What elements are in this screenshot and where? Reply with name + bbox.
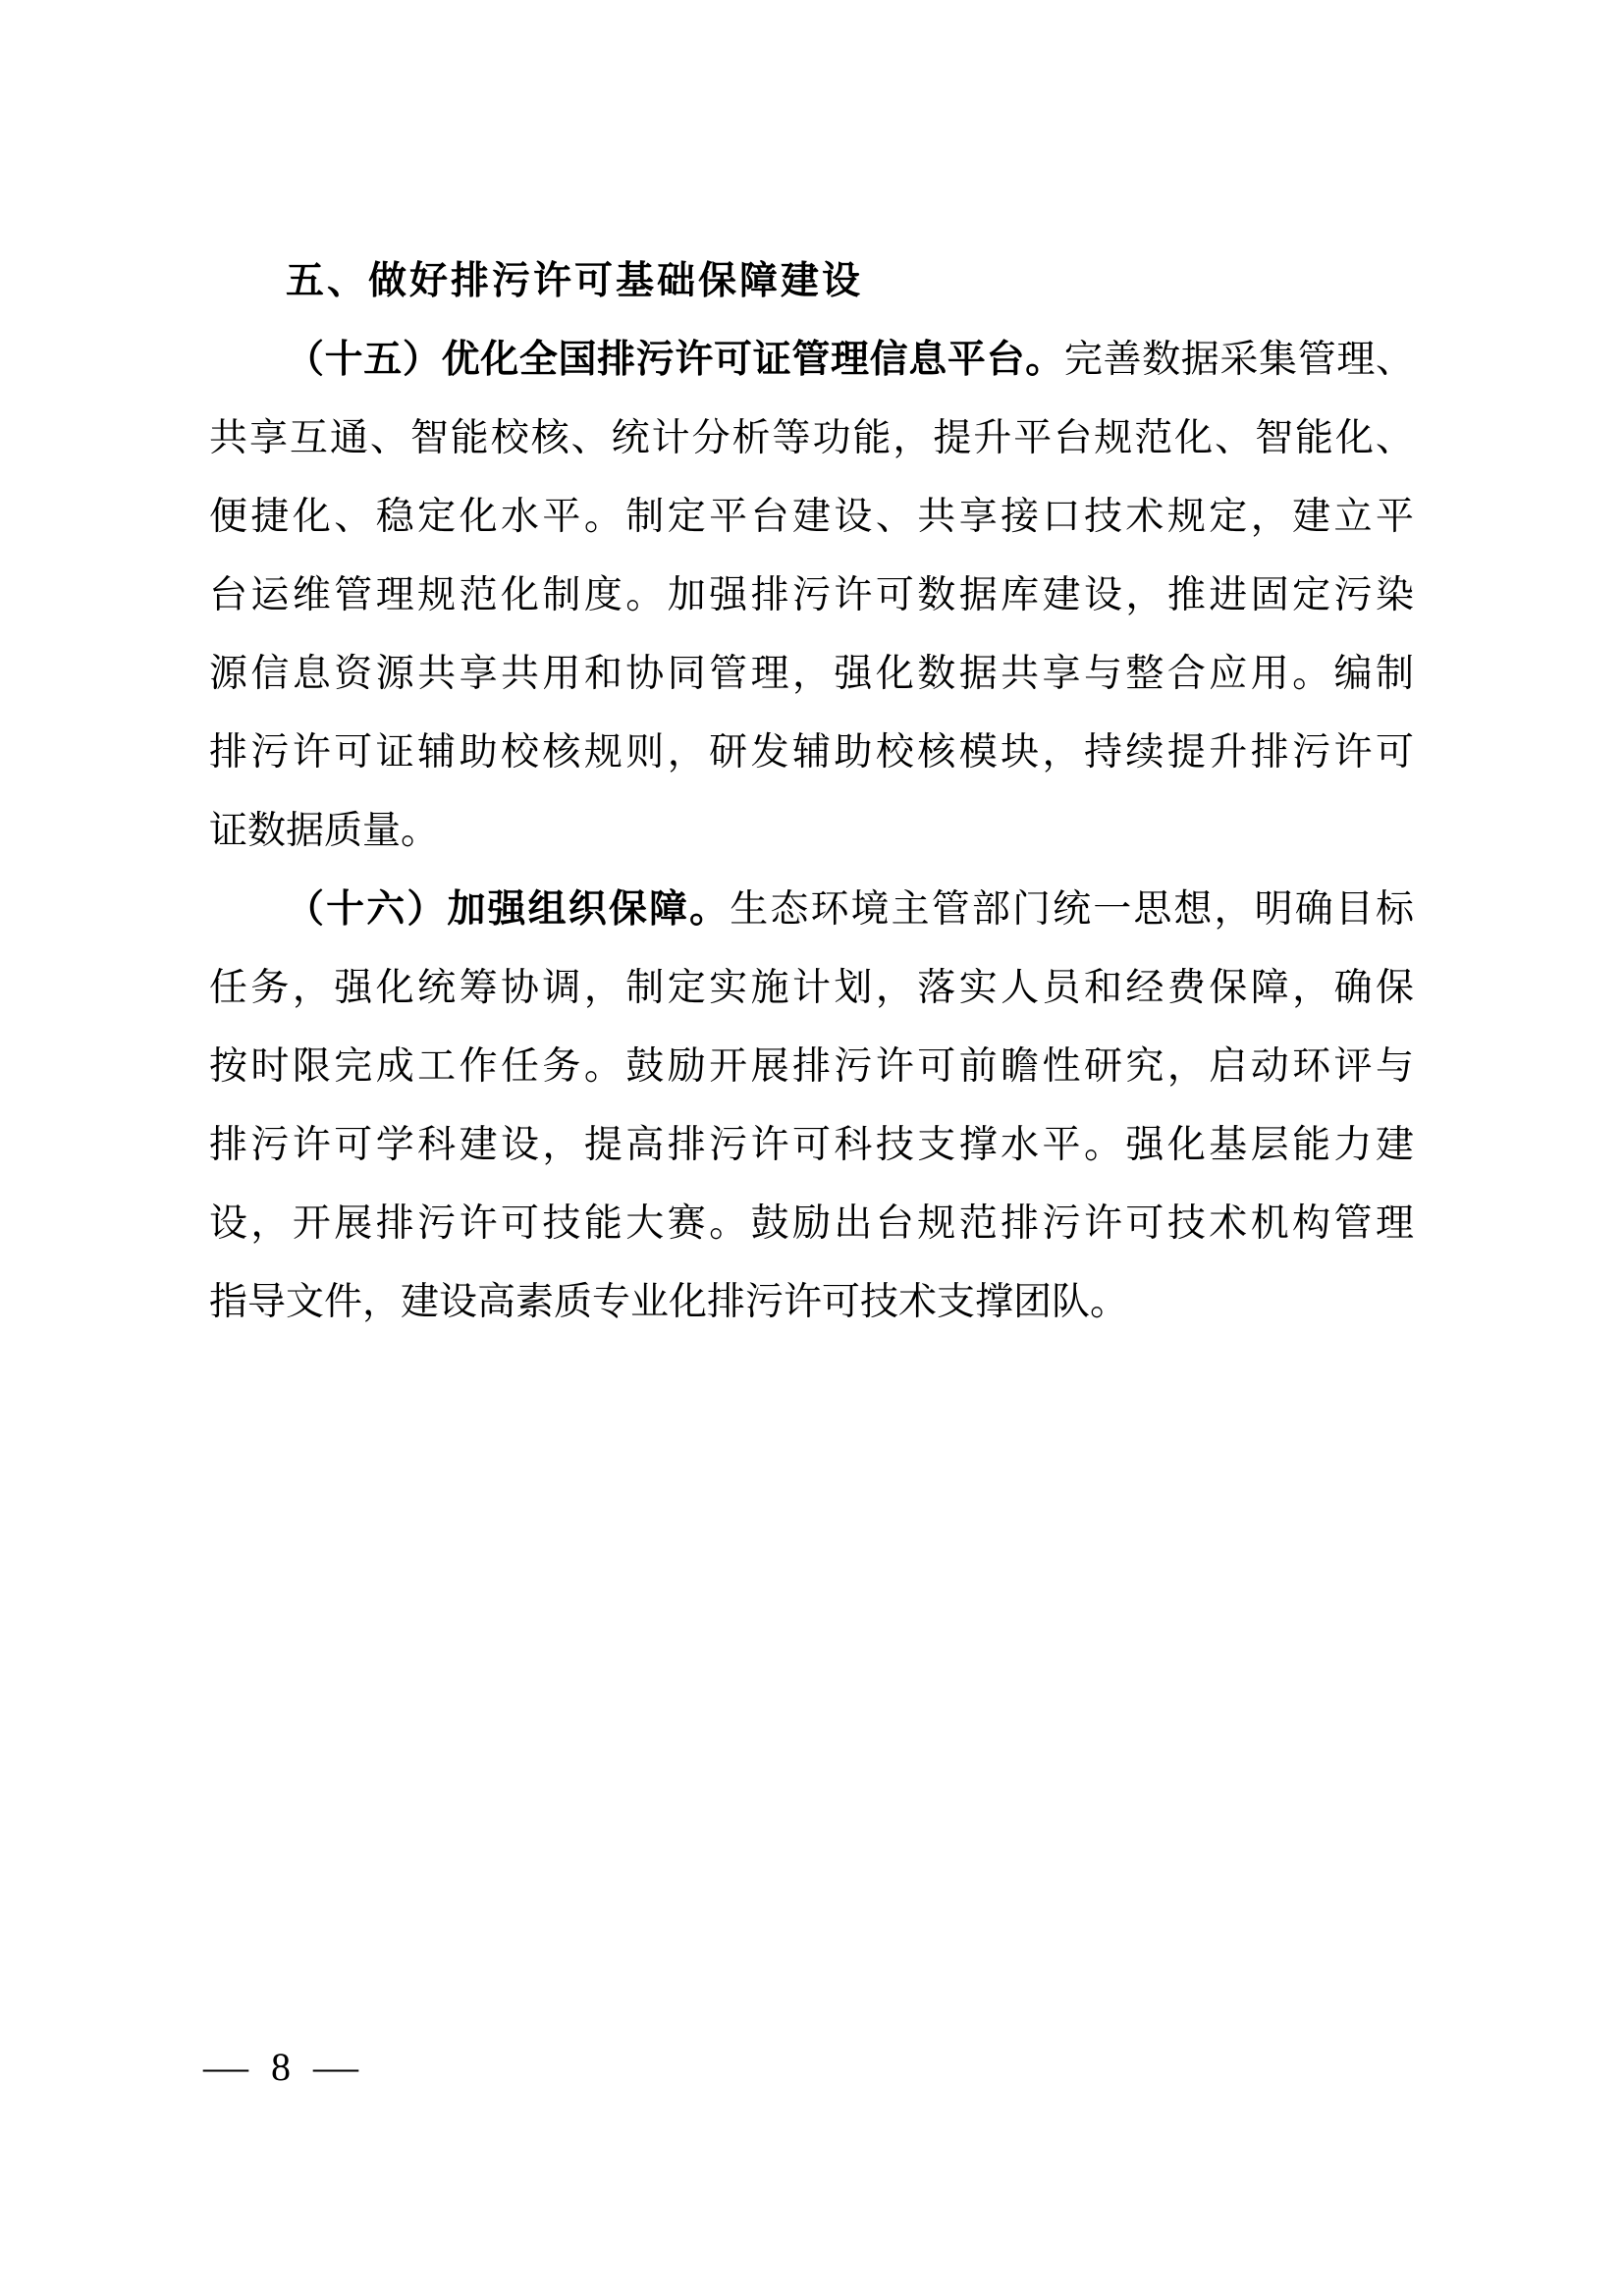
text-line: 设，开展排污许可技能大赛。鼓励出台规范排污许可技术机构管理 [209,1185,1414,1263]
page-number: 8 [271,2044,291,2090]
paragraph-lead-text: （十六）加强组织保障。 [286,888,730,931]
footer-left-dash: — [203,2044,248,2090]
text-line: 台运维管理规范化制度。加强排污许可数据库建设，推进固定污染 [209,557,1414,635]
text-line: 共享互通、智能校核、统计分析等功能，提升平台规范化、智能化、 [209,400,1414,478]
paragraph-body-text: 按时限完成工作任务。鼓励开展排污许可前瞻性研究，启动环评与 [209,1045,1414,1088]
text-line: 任务，强化统筹协调，制定实施计划，落实人员和经费保障，确保 [209,949,1414,1028]
page-footer: — 8 — [206,2040,355,2093]
paragraph-body-text: 设，开展排污许可技能大赛。鼓励出台规范排污许可技术机构管理 [209,1202,1414,1245]
paragraph-body-text: 排污许可学科建设，提高排污许可科技支撑水平。强化基层能力建 [209,1124,1414,1166]
document-page: 五、做好排污许可基础保障建设（十五）优化全国排污许可证管理信息平台。完善数据采集… [0,0,1624,2296]
paragraph-body-text: 完善数据采集管理、 [1064,339,1414,381]
paragraph-body-text: 共享互通、智能校核、统计分析等功能，提升平台规范化、智能化、 [209,417,1414,459]
text-line: 按时限完成工作任务。鼓励开展排污许可前瞻性研究，启动环评与 [209,1028,1414,1106]
text-line: （十五）优化全国排污许可证管理信息平台。完善数据采集管理、 [209,321,1414,400]
paragraph-body-text: 台运维管理规范化制度。加强排污许可数据库建设，推进固定污染 [209,574,1414,616]
paragraph-body-text: 便捷化、稳定化水平。制定平台建设、共享接口技术规定，建立平 [209,496,1414,538]
paragraph-body-text: 排污许可证辅助校核规则，研发辅助校核模块，持续提升排污许可 [209,731,1414,774]
paragraph-lead-text: （十五）优化全国排污许可证管理信息平台。 [286,339,1064,381]
text-line: 指导文件，建设高素质专业化排污许可技术支撑团队。 [209,1263,1414,1342]
text-line: 五、做好排污许可基础保障建设 [209,242,1414,321]
footer-right-dash: — [313,2044,358,2090]
text-line: 排污许可学科建设，提高排污许可科技支撑水平。强化基层能力建 [209,1106,1414,1185]
paragraph-body-text: 任务，强化统筹协调，制定实施计划，落实人员和经费保障，确保 [209,967,1414,1009]
paragraph-body-text: 指导文件，建设高素质专业化排污许可技术支撑团队。 [209,1281,1128,1323]
section-heading-text: 五、做好排污许可基础保障建设 [286,260,863,302]
text-line: 证数据质量。 [209,792,1414,871]
paragraph-body-text: 生态环境主管部门统一思想，明确目标 [730,888,1414,931]
text-line: 排污许可证辅助校核规则，研发辅助校核模块，持续提升排污许可 [209,714,1414,792]
text-line: （十六）加强组织保障。生态环境主管部门统一思想，明确目标 [209,871,1414,949]
text-line: 便捷化、稳定化水平。制定平台建设、共享接口技术规定，建立平 [209,478,1414,557]
text-line: 源信息资源共享共用和协同管理，强化数据共享与整合应用。编制 [209,635,1414,714]
paragraph-body-text: 源信息资源共享共用和协同管理，强化数据共享与整合应用。编制 [209,653,1414,695]
paragraph-body-text: 证数据质量。 [209,810,439,852]
document-body: 五、做好排污许可基础保障建设（十五）优化全国排污许可证管理信息平台。完善数据采集… [209,242,1414,1342]
